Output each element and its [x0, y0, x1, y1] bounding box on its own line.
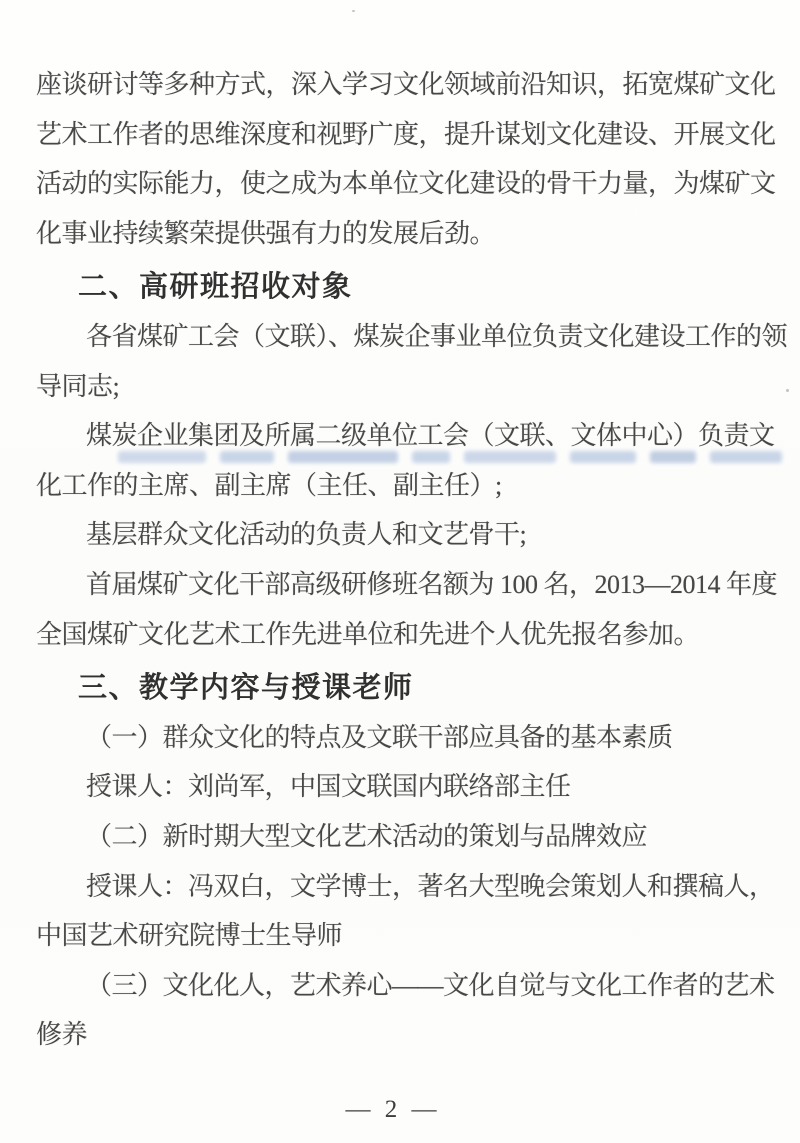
text-line: 座谈研讨等多种方式，深入学习文化领域前沿知识，拓宽煤矿文化	[36, 60, 766, 110]
text-line: （二）新时期大型文化艺术活动的策划与品牌效应	[36, 812, 766, 862]
text-line: 化事业持续繁荣提供强有力的发展后劲。	[36, 209, 766, 259]
page-number: — 2 —	[0, 1096, 786, 1124]
scan-speck	[352, 10, 355, 12]
section-heading: 三、教学内容与授课老师	[36, 663, 766, 713]
text-line: 中国艺术研究院博士生导师	[36, 911, 766, 961]
text-line: 艺术工作者的思维深度和视野广度，提升谋划文化建设、开展文化	[36, 110, 766, 160]
text-line: 化工作的主席、副主席（主任、副主任）;	[36, 461, 766, 511]
text-line: 活动的实际能力，使之成为本单位文化建设的骨干力量，为煤矿文	[36, 159, 766, 209]
text-line: 导同志;	[36, 362, 766, 412]
text-line: 各省煤矿工会（文联）、煤炭企事业单位负责文化建设工作的领	[36, 312, 766, 362]
text-line: 授课人：冯双白，文学博士，著名大型晚会策划人和撰稿人，	[36, 862, 766, 912]
text-line: 基层群众文化活动的负责人和文艺骨干;	[36, 510, 766, 560]
text-line: 修养	[36, 1010, 766, 1060]
text-line: 授课人：刘尚军，中国文联国内联络部主任	[36, 762, 766, 812]
text-line: 全国煤矿文化艺术工作先进单位和先进个人优先报名参加。	[36, 610, 766, 660]
scanned-document-page: 座谈研讨等多种方式，深入学习文化领域前沿知识，拓宽煤矿文化艺术工作者的思维深度和…	[0, 0, 800, 1143]
scan-speck	[786, 389, 789, 392]
text-line: （三）文化化人，艺术养心——文化自觉与文化工作者的艺术	[36, 961, 766, 1011]
document-body: 座谈研讨等多种方式，深入学习文化领域前沿知识，拓宽煤矿文化艺术工作者的思维深度和…	[36, 60, 766, 1060]
text-line: 首届煤矿文化干部高级研修班名额为 100 名，2013—2014 年度	[36, 560, 766, 610]
text-line: 煤炭企业集团及所属二级单位工会（文联、文体中心）负责文	[36, 411, 766, 461]
text-line: （一）群众文化的特点及文联干部应具备的基本素质	[36, 713, 766, 763]
section-heading: 二、高研班招收对象	[36, 262, 766, 312]
